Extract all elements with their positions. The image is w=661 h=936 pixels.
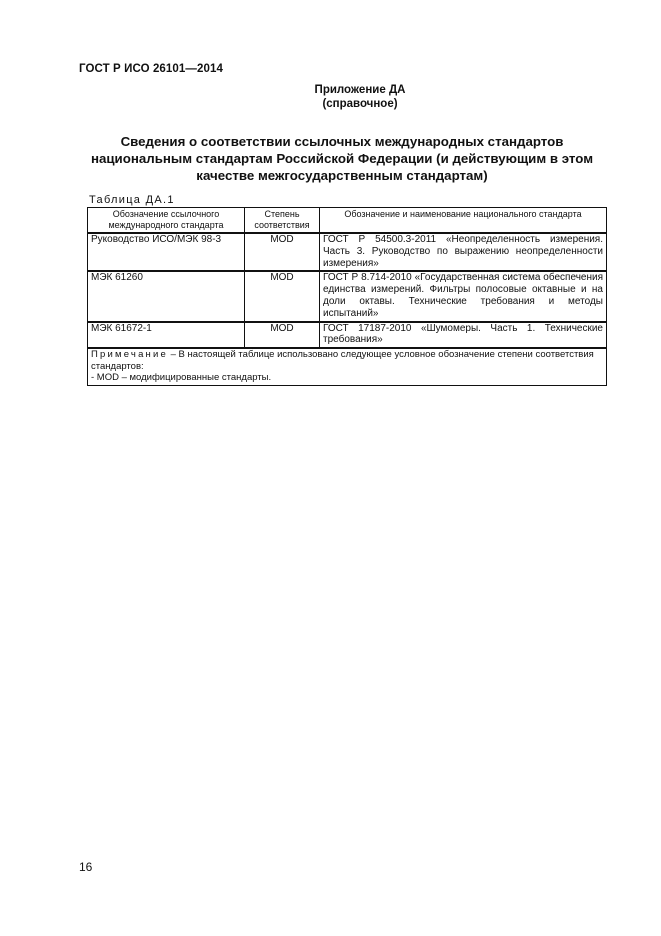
appendix-title: Приложение ДА	[260, 83, 460, 97]
document-code: ГОСТ Р ИСО 26101—2014	[79, 63, 223, 75]
cell-degree: MOD	[245, 233, 320, 271]
appendix-subtitle: (справочное)	[260, 97, 460, 111]
table-note-row: Примечание – В настоящей таблице использ…	[88, 348, 607, 385]
cell-national-standard: ГОСТ Р 8.714-2010 «Государственная систе…	[320, 271, 607, 321]
column-header-national-standard: Обозначение и наименование национального…	[320, 208, 607, 234]
table-caption: Таблица ДА.1	[89, 194, 175, 206]
table-note: Примечание – В настоящей таблице использ…	[88, 348, 607, 385]
table-header-row: Обозначение ссылочного международного ст…	[88, 208, 607, 234]
table-row: Руководство ИСО/МЭК 98-3 MOD ГОСТ Р 5450…	[88, 233, 607, 271]
section-title: Сведения о соответствии ссылочных междун…	[86, 133, 598, 184]
section-title-line-1: Сведения о соответствии ссылочных междун…	[86, 133, 598, 150]
note-label: Примечание	[91, 349, 168, 360]
section-title-line-2: национальным стандартам Российской Федер…	[86, 150, 598, 167]
cell-degree: MOD	[245, 322, 320, 349]
table-row: МЭК 61260 MOD ГОСТ Р 8.714-2010 «Государ…	[88, 271, 607, 321]
cell-intl-standard: Руководство ИСО/МЭК 98-3	[88, 233, 245, 271]
table-row: МЭК 61672-1 MOD ГОСТ 17187-2010 «Шумомер…	[88, 322, 607, 349]
cell-degree: MOD	[245, 271, 320, 321]
note-item: - MOD – модифицированные стандарты.	[91, 372, 271, 383]
column-header-degree: Степень соответствия	[245, 208, 320, 234]
cell-national-standard: ГОСТ 17187-2010 «Шумомеры. Часть 1. Техн…	[320, 322, 607, 349]
section-title-line-3: качестве межгосударственным стандартам)	[86, 167, 598, 184]
cell-national-standard: ГОСТ Р 54500.3-2011 «Неопределенность из…	[320, 233, 607, 271]
cell-intl-standard: МЭК 61260	[88, 271, 245, 321]
column-header-intl-standard: Обозначение ссылочного международного ст…	[88, 208, 245, 234]
page-number: 16	[79, 860, 92, 874]
cell-intl-standard: МЭК 61672-1	[88, 322, 245, 349]
appendix-heading: Приложение ДА (справочное)	[260, 83, 460, 111]
standards-table: Обозначение ссылочного международного ст…	[87, 207, 607, 386]
